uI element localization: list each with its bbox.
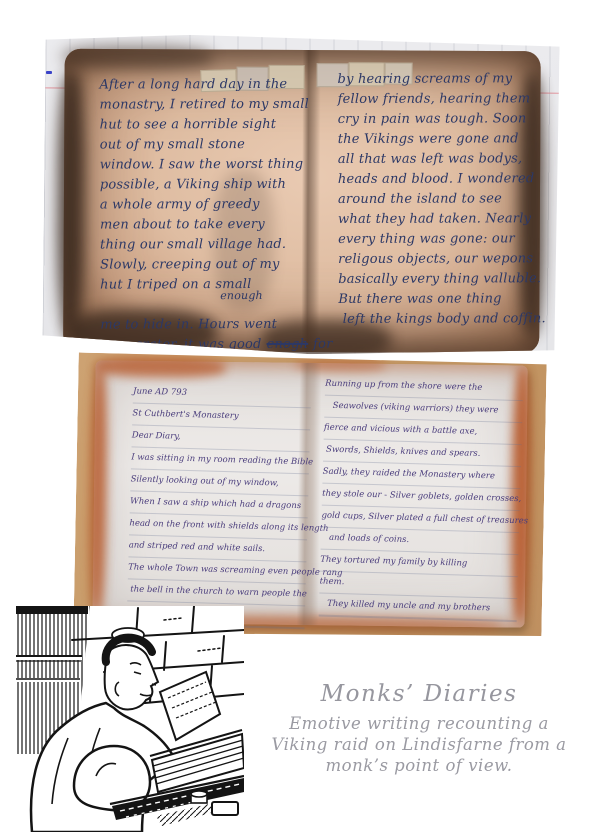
handwriting-line: out of my small stone: [100, 135, 336, 156]
handwriting-line: window. I saw the worst thing: [100, 155, 336, 176]
handwriting-line: by hearing screams of my: [338, 69, 562, 90]
handwriting-line: the Vikings were gone and: [338, 129, 562, 150]
line-text: crater, it was good: [135, 337, 262, 352]
handwriting-line: thing our small village had.: [100, 235, 336, 256]
rust-stain: [96, 356, 226, 378]
diary2-left-page-text: June AD 793St Cuthbert's MonasteryDear D…: [127, 381, 312, 629]
struck-word: enogh: [267, 337, 309, 352]
handwriting-line: every thing was gone: our: [338, 229, 562, 250]
handwriting-line: monastry, I retired to my small: [100, 95, 336, 116]
handwriting-lines: After a long hard day in themonastry, I …: [99, 75, 336, 296]
handwriting-line: heads and blood. I wondered: [338, 169, 562, 190]
handwriting-line: religous objects, our wepons: [338, 249, 562, 270]
handwriting-line: me to hide in. Hours went: [100, 315, 336, 336]
correction-word: enough: [220, 286, 263, 306]
handwriting-lines: by hearing screams of myfellow friends, …: [338, 69, 563, 330]
diary1-left-page-text: After a long hard day in themonastry, I …: [99, 75, 336, 336]
handwriting-line: fellow friends, hearing them: [338, 89, 562, 110]
handwriting-lines: June AD 793St Cuthbert's MonasteryDear D…: [127, 381, 312, 629]
monks-diaries-page: After a long hard day in themonastry, I …: [0, 0, 589, 833]
handwriting-line: possible, a Viking ship with: [100, 175, 336, 196]
handwriting-line: cry in pain was tough. Soon: [338, 109, 562, 130]
open-stained-notebook: June AD 793St Cuthbert's MonasteryDear D…: [93, 360, 528, 627]
handwriting-line: what they had taken. Nearly: [338, 209, 562, 230]
handwriting-line: left the kings body and coffin.: [338, 309, 562, 330]
handwriting-line: around the island to see: [338, 189, 562, 210]
handwriting-line: hut I triped on a small: [100, 275, 336, 296]
rust-stain: [89, 368, 108, 612]
page-title: Monks’ Diaries: [256, 680, 582, 708]
burnt-edge: [63, 45, 213, 70]
photo-stained-notebook: June AD 793St Cuthbert's MonasteryDear D…: [73, 353, 546, 645]
caption-subtitle-line: Viking raid on Lindisfarne from a: [256, 734, 582, 755]
handwriting-line: After a long hard day in the: [99, 75, 335, 96]
blue-pen-mark: [46, 71, 52, 74]
caption-subtitle-line: monk’s point of view.: [256, 755, 582, 776]
handwriting-lines: me to hide in. Hours went: [100, 315, 336, 336]
handwriting-line: all that was left was bodys,: [338, 149, 562, 170]
handwriting-line: men about to take every: [100, 215, 336, 236]
page-subtitle: Emotive writing recounting aViking raid …: [256, 713, 582, 776]
corrected-word-line: enough crater, it was goodenoghfor: [100, 295, 336, 316]
line-text: for: [313, 337, 333, 352]
handwriting-line: a whole army of greedy: [100, 195, 336, 216]
monk-writing-illustration: [16, 606, 244, 832]
handwriting-line: basically every thing valluble.: [338, 269, 562, 290]
photo-burnt-diary: After a long hard day in themonastry, I …: [42, 33, 559, 356]
handwriting-line: hut to see a horrible sight: [100, 115, 336, 136]
handwriting-line: They killed my uncle and my brothers: [319, 594, 518, 622]
handwriting-line: Slowly, creeping out of my: [100, 255, 336, 276]
handwriting-lines: Running up from the shore were the Seawo…: [319, 374, 524, 622]
caption-block: Monks’ Diaries Emotive writing recountin…: [256, 680, 582, 776]
burnt-edge: [57, 73, 84, 331]
caption-subtitle-line: Emotive writing recounting a: [256, 713, 582, 734]
handwriting-line: But there was one thing: [338, 289, 562, 310]
diary1-right-page-text: by hearing screams of myfellow friends, …: [338, 69, 563, 330]
monk-illustration-svg: [16, 606, 244, 832]
diary2-right-page-text: Running up from the shore were the Seawo…: [319, 374, 524, 622]
